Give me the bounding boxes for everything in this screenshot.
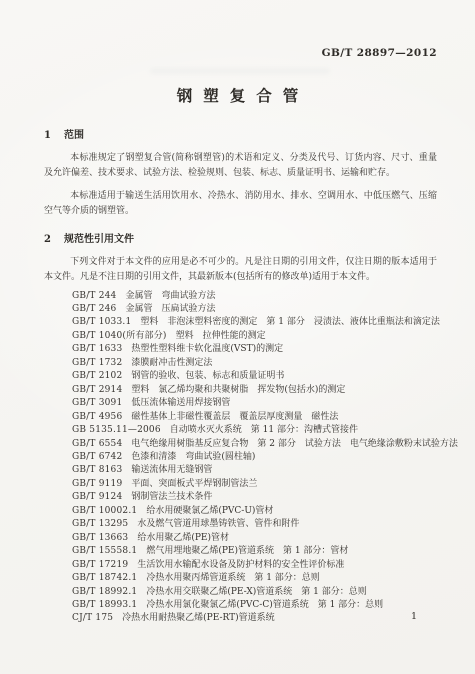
reference-title: 自动喷水灭火系统 第 11 部分：沟槽式管接件	[170, 425, 358, 435]
reference-title: 给水用硬聚氯乙烯(PVC-U)管材	[146, 506, 273, 516]
reference-title: 金属管 弯曲试验方法	[125, 291, 215, 301]
reference-title: 塑料 氯乙烯均聚和共聚树脂 挥发物(包括水)的测定	[131, 385, 345, 395]
reference-item: GB/T 244金属管 弯曲试验方法	[72, 290, 437, 303]
reference-title: 冷热水用聚丙烯管道系统 第 1 部分：总则	[146, 573, 319, 583]
reference-title: 输送流体用无缝钢管	[131, 465, 212, 475]
reference-code: GB/T 18742.1	[72, 572, 137, 585]
reference-item: GB/T 18992.1冷热水用交联聚乙烯(PE-X)管道系统 第 1 部分：总…	[72, 586, 437, 599]
reference-code: GB/T 6742	[72, 451, 122, 464]
reference-item: GB/T 6742色漆和清漆 弯曲试验(圆柱轴)	[72, 451, 437, 464]
reference-title: 给水用聚乙烯(PE)管材	[137, 533, 229, 543]
references-intro: 下列文件对于本文件的应用是必不可少的。凡是注日期的引用文件，仅注日期的版本适用于…	[44, 255, 437, 284]
reference-item: GB/T 1040(所有部分)塑料 拉伸性能的测定	[72, 330, 437, 343]
reference-title: 钢管的验收、包装、标志和质量证明书	[131, 371, 284, 381]
reference-code: GB/T 1033.1	[72, 316, 131, 329]
reference-title: 生活饮用水输配水设备及防护材料的安全性评价标准	[137, 560, 344, 570]
reference-item: GB/T 10002.1给水用硬聚氯乙烯(PVC-U)管材	[72, 505, 437, 518]
reference-item: GB/T 3091低压流体输送用焊接钢管	[72, 397, 437, 410]
reference-code: GB/T 1633	[72, 343, 122, 356]
reference-code: GB/T 9119	[72, 478, 122, 491]
reference-code: GB/T 13295	[72, 518, 128, 531]
reference-item: GB/T 6554电气绝缘用树脂基反应复合物 第 2 部分 试验方法 电气绝缘涂…	[72, 438, 437, 451]
normative-references-list: GB/T 244金属管 弯曲试验方法 GB/T 246金属管 压扁试验方法 GB…	[72, 290, 437, 626]
standard-number: GB/T 28897—2012	[322, 47, 437, 59]
reference-item: GB/T 15558.1燃气用埋地聚乙烯(PE)管道系统 第 1 部分：管材	[72, 545, 437, 558]
section-number: 1	[44, 129, 51, 142]
reference-item: GB/T 13663给水用聚乙烯(PE)管材	[72, 532, 437, 545]
reference-item: GB/T 4956磁性基体上非磁性覆盖层 覆盖层厚度测量 磁性法	[72, 411, 437, 424]
reference-code: GB/T 246	[72, 303, 116, 316]
scope-paragraph-2: 本标准适用于输送生活用饮用水、冷热水、消防用水、排水、空调用水、中低压燃气、压缩…	[44, 189, 437, 218]
reference-title: 钢制管法兰技术条件	[131, 492, 212, 502]
reference-item: GB/T 1033.1塑料 非泡沫塑料密度的测定 第 1 部分 浸渍法、液体比重…	[72, 316, 437, 329]
reference-item: CJ/T 175冷热水用耐热聚乙烯(PE-RT)管道系统	[72, 612, 437, 625]
reference-code: GB/T 4956	[72, 411, 122, 424]
reference-item: GB/T 8163输送流体用无缝钢管	[72, 464, 437, 477]
reference-code: GB/T 1732	[72, 357, 122, 370]
reference-title: 冷热水用氯化聚氯乙烯(PVC-C)管道系统 第 1 部分：总则	[146, 600, 383, 610]
scope-paragraph-1: 本标准规定了钢塑复合管(简称钢塑管)的术语和定义、分类及代号、订货内容、尺寸、重…	[44, 151, 437, 180]
section-number: 2	[44, 233, 51, 246]
reference-item: GB/T 2102钢管的验收、包装、标志和质量证明书	[72, 370, 437, 383]
reference-code: GB/T 2102	[72, 370, 122, 383]
reference-title: 平面、突面板式平焊钢制管法兰	[131, 479, 257, 489]
reference-code: GB/T 3091	[72, 397, 122, 410]
reference-title: 磁性基体上非磁性覆盖层 覆盖层厚度测量 磁性法	[131, 412, 338, 422]
document-title: 钢塑复合管	[0, 84, 475, 106]
reference-title: 金属管 压扁试验方法	[125, 304, 215, 314]
reference-title: 燃气用埋地聚乙烯(PE)管道系统 第 1 部分：管材	[146, 546, 348, 556]
reference-title: 低压流体输送用焊接钢管	[131, 398, 230, 408]
reference-code: GB/T 6554	[72, 438, 122, 451]
reference-title: 热塑性塑料维卡软化温度(VST)的测定	[131, 344, 283, 354]
page-number: 1	[411, 611, 417, 622]
reference-title: 水及燃气管道用球墨铸铁管、管件和附件	[137, 519, 299, 529]
reference-code: GB/T 18992.1	[72, 586, 137, 599]
scan-artifact	[150, 68, 330, 74]
reference-item: GB/T 246金属管 压扁试验方法	[72, 303, 437, 316]
reference-code: GB 5135.11—2006	[72, 424, 161, 437]
reference-item: GB/T 1633热塑性塑料维卡软化温度(VST)的测定	[72, 343, 437, 356]
reference-item: GB/T 2914塑料 氯乙烯均聚和共聚树脂 挥发物(包括水)的测定	[72, 384, 437, 397]
reference-code: GB/T 18993.1	[72, 599, 137, 612]
reference-code: GB/T 13663	[72, 532, 128, 545]
reference-title: 冷热水用耐热聚乙烯(PE-RT)管道系统	[122, 613, 274, 623]
reference-code: GB/T 9124	[72, 491, 122, 504]
reference-title: 塑料 拉伸性能的测定	[176, 331, 266, 341]
reference-title: 电气绝缘用树脂基反应复合物 第 2 部分 试验方法 电气绝缘涂敷粉末试验方法	[131, 439, 457, 449]
reference-code: GB/T 15558.1	[72, 545, 137, 558]
section-title: 范围	[64, 130, 84, 141]
reference-code: GB/T 1040(所有部分)	[72, 330, 167, 343]
reference-item: GB/T 18993.1冷热水用氯化聚氯乙烯(PVC-C)管道系统 第 1 部分…	[72, 599, 437, 612]
reference-item: GB/T 1732漆膜耐冲击性测定法	[72, 357, 437, 370]
reference-item: GB 5135.11—2006自动喷水灭火系统 第 11 部分：沟槽式管接件	[72, 424, 437, 437]
section-heading-scope: 1范围	[44, 129, 437, 142]
reference-code: GB/T 10002.1	[72, 505, 137, 518]
reference-item: GB/T 9124钢制管法兰技术条件	[72, 491, 437, 504]
reference-title: 塑料 非泡沫塑料密度的测定 第 1 部分 浸渍法、液体比重瓶法和滴定法	[140, 317, 439, 327]
reference-title: 漆膜耐冲击性测定法	[131, 358, 212, 368]
reference-code: GB/T 8163	[72, 464, 122, 477]
standard-document-page: GB/T 28897—2012 钢塑复合管 1范围 本标准规定了钢塑复合管(简称…	[0, 0, 475, 674]
section-heading-references: 2规范性引用文件	[44, 233, 437, 246]
reference-item: GB/T 13295水及燃气管道用球墨铸铁管、管件和附件	[72, 518, 437, 531]
reference-code: GB/T 2914	[72, 384, 122, 397]
page-content: 1范围 本标准规定了钢塑复合管(简称钢塑管)的术语和定义、分类及代号、订货内容、…	[44, 129, 437, 626]
reference-item: GB/T 9119平面、突面板式平焊钢制管法兰	[72, 478, 437, 491]
reference-title: 色漆和清漆 弯曲试验(圆柱轴)	[131, 452, 255, 462]
reference-item: GB/T 18742.1冷热水用聚丙烯管道系统 第 1 部分：总则	[72, 572, 437, 585]
reference-title: 冷热水用交联聚乙烯(PE-X)管道系统 第 1 部分：总则	[146, 587, 366, 597]
reference-code: GB/T 17219	[72, 559, 128, 572]
reference-code: CJ/T 175	[72, 612, 113, 625]
section-title: 规范性引用文件	[64, 234, 134, 245]
reference-item: GB/T 17219生活饮用水输配水设备及防护材料的安全性评价标准	[72, 559, 437, 572]
reference-code: GB/T 244	[72, 290, 116, 303]
